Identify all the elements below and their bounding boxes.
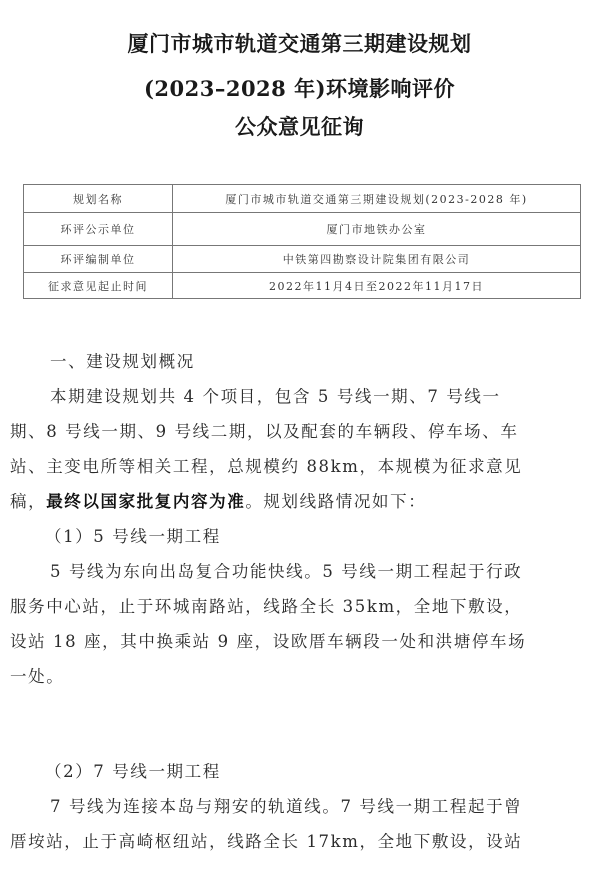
table-row: 环评公示单位 厦门市地铁办公室 xyxy=(24,213,581,246)
paragraph-line: 站、主变电所等相关工程，总规模约 88km，本规模为征求意见 xyxy=(10,453,590,477)
row-value: 2022年11月4日至2022年11月17日 xyxy=(173,273,581,299)
section-heading: 一、建设规划概况 xyxy=(50,348,599,372)
paragraph-line: 服务中心站，止于环城南路站，线路全长 35km，全地下敷设， xyxy=(10,593,590,617)
title-line-1: 厦门市城市轨道交通第三期建设规划 xyxy=(0,28,599,58)
row-value: 中铁第四勘察设计院集团有限公司 xyxy=(173,246,581,273)
row-label: 规划名称 xyxy=(24,185,173,213)
table-row: 规划名称 厦门市城市轨道交通第三期建设规划(2023-2028 年) xyxy=(24,185,581,213)
text-segment: 。规划线路情况如下： xyxy=(245,492,426,511)
text-segment: 稿， xyxy=(10,492,46,511)
title-line-3: 公众意见征询 xyxy=(0,111,599,141)
subsection-heading: （2）7 号线一期工程 xyxy=(45,758,599,782)
paragraph-line: 一处。 xyxy=(10,663,590,687)
paragraph-line: 设站 18 座，其中换乘站 9 座，设欧厝车辆段一处和洪塘停车场 xyxy=(10,628,590,652)
info-table: 规划名称 厦门市城市轨道交通第三期建设规划(2023-2028 年) 环评公示单… xyxy=(23,184,581,299)
paragraph-line: 厝垵站，止于高崎枢纽站，线路全长 17km，全地下敷设，设站 xyxy=(10,828,590,852)
subsection-heading: （1）5 号线一期工程 xyxy=(45,523,599,547)
paragraph-line: 稿，最终以国家批复内容为准。规划线路情况如下： xyxy=(10,488,590,512)
row-value: 厦门市地铁办公室 xyxy=(173,213,581,246)
title-line-2: (2023–2028 年)环境影响评价 xyxy=(0,73,599,103)
row-value: 厦门市城市轨道交通第三期建设规划(2023-2028 年) xyxy=(173,185,581,213)
row-label: 环评编制单位 xyxy=(24,246,173,273)
table-row: 环评编制单位 中铁第四勘察设计院集团有限公司 xyxy=(24,246,581,273)
row-label: 征求意见起止时间 xyxy=(24,273,173,299)
paragraph-line: 期、8 号线一期、9 号线二期，以及配套的车辆段、停车场、车 xyxy=(10,418,590,442)
emphasis-text: 最终以国家批复内容为准 xyxy=(46,492,245,511)
table-row: 征求意见起止时间 2022年11月4日至2022年11月17日 xyxy=(24,273,581,299)
paragraph-line: 本期建设规划共 4 个项目，包含 5 号线一期、7 号线一 xyxy=(50,383,599,407)
row-label: 环评公示单位 xyxy=(24,213,173,246)
paragraph-line: 5 号线为东向出岛复合功能快线。5 号线一期工程起于行政 xyxy=(50,558,599,582)
paragraph-line: 7 号线为连接本岛与翔安的轨道线。7 号线一期工程起于曾 xyxy=(50,793,599,817)
